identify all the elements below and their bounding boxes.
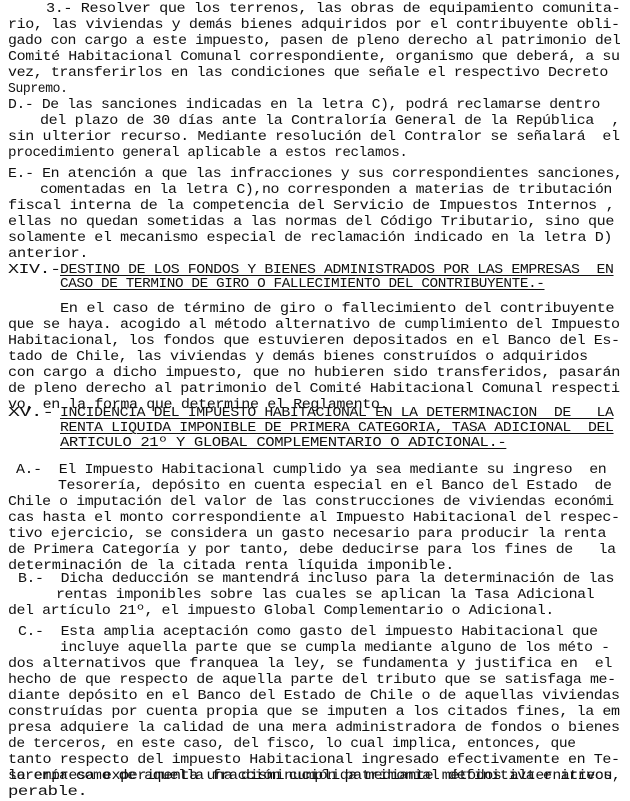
section-e-line: fiscal interna de la competencia del Ser… <box>8 199 614 215</box>
item3-line: 3.- Resolver que los terrenos, las obras… <box>46 2 620 18</box>
section-xv-a-line: tivo ejercicio, se considera un gasto ne… <box>8 527 606 543</box>
section-xiv-body-line: En el caso de término de giro o fallecim… <box>60 302 614 318</box>
section-xv-c-line: perable. <box>8 785 87 801</box>
section-e-line: comentadas en la letra C),no corresponde… <box>40 183 612 199</box>
section-d-line: sin ulterior recurso. Mediante resolució… <box>8 130 620 146</box>
section-d-line: procedimiento general aplicable a estos … <box>8 146 408 162</box>
section-xiv-body-line: de pleno derecho al patrimonio del Comit… <box>8 382 620 398</box>
section-e-line: E.- En atención a que las infracciones y… <box>8 167 622 183</box>
section-xv-a-line: Chile o imputación del valor de las cons… <box>8 495 614 511</box>
section-xv-c-line: C.- Esta amplia aceptación como gasto de… <box>18 625 598 641</box>
section-xv-c-line: construídas por cuenta propia que se imp… <box>8 705 620 721</box>
section-xv-a-line: cas hasta el monto correspondiente al Im… <box>8 511 620 527</box>
section-xv-c-line: tanto respecto del impuesto Habitacional… <box>8 753 620 769</box>
section-xv-a-line: de Primera Categoría y por tanto, debe d… <box>8 543 616 559</box>
section-xv-b-line: B.- Dicha deducción se mantendrá incluso… <box>18 572 614 588</box>
section-xv-c-line: presa adquiere la calidad de una mera ad… <box>8 721 620 737</box>
section-xiv-body-line: Habitacional, los fondos que estuvieren … <box>8 334 620 350</box>
section-xv-a-line: Tesorería, depósito en cuenta especial e… <box>58 479 612 495</box>
section-xiv-body-line: tado de Chile, las viviendas y demás bie… <box>8 350 588 366</box>
section-xv-c-line: de terceros, en este caso, del fisco, lo… <box>8 737 576 753</box>
section-xv-title: INCIDENCIA DEL IMPUESTO HABITACIONAL EN … <box>60 406 614 422</box>
section-e-line: anterior. <box>8 247 88 263</box>
section-xv-b-line: rentas imponibles sobre las cuales se ap… <box>56 588 594 604</box>
item3-line: Supremo. <box>8 82 68 98</box>
section-xv-c-line: la empresa experimenta una disminución p… <box>8 769 612 785</box>
section-xv-b-line: del artículo 21º, el impuesto Global Com… <box>8 604 554 620</box>
section-xiv-body-line: que se haya. acogido al método alternati… <box>8 318 620 334</box>
item3-line: Comité Habitacional Comunal correspondie… <box>8 50 620 66</box>
section-e-line: ellas no quedan sometidas a las normas d… <box>8 215 614 231</box>
section-xiv-title: CASO DE TERMINO DE GIRO O FALLECIMIENTO … <box>60 277 545 293</box>
section-xv-a-line: A.- El Impuesto Habitacional cumplido ya… <box>16 463 606 479</box>
section-d-line: del plazo de 30 días ante la Contraloría… <box>40 114 620 130</box>
section-xiv-body-line: con cargo a dicho impuesto, que no hubie… <box>8 366 620 382</box>
section-xv-number: XV.- <box>8 406 54 422</box>
section-xv-c-line: hecho de que respecto de aquella parte d… <box>8 673 616 689</box>
item3-line: vez, transferirlos en las condiciones qu… <box>8 66 608 82</box>
item3-line: gado con cargo a este impuesto, pasen de… <box>8 34 620 50</box>
section-xv-c-line: incluye aquella parte que se cumpla medi… <box>60 641 610 657</box>
section-xv-c-line: diante depósito en el Banco del Estado d… <box>8 689 620 705</box>
section-e-line: solamente el mecanismo especial de recla… <box>8 231 612 247</box>
section-xv-title: ARTICULO 21º Y GLOBAL COMPLEMENTARIO O A… <box>60 436 506 452</box>
section-xv-c-line: dos alternativos que franquea la ley, se… <box>8 657 612 673</box>
section-xiv-number: XIV.- <box>8 263 61 279</box>
section-xv-title: RENTA LIQUIDA IMPONIBLE DE PRIMERA CATEG… <box>60 421 614 437</box>
item3-line: rio, las viviendas y demás bienes adquir… <box>8 18 620 34</box>
section-d-line: D.- De las sanciones indicadas en la let… <box>8 98 600 114</box>
